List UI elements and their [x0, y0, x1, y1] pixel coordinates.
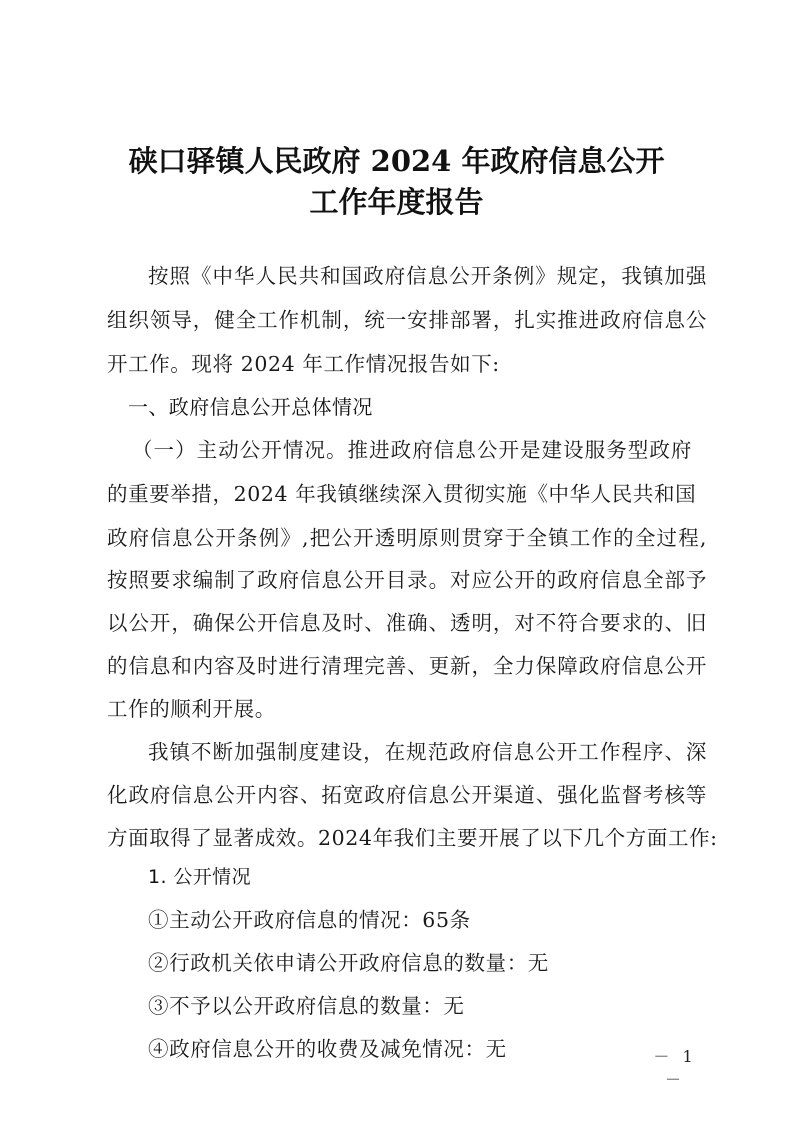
subsection-1-line-3: 政府信息公开条例》,把公开透明原则贯穿于全镇工作的全过程,: [107, 524, 707, 552]
intro-line-3: 开工作。现将 2024 年工作情况报告如下:: [107, 350, 707, 378]
item-1-heading: 1. 公开情况: [148, 863, 251, 891]
subsection-1-line-7: 工作的顺利开展。: [107, 695, 707, 723]
subsection-1-line-6: 的信息和内容及时进行清理完善、更新，全力保障政府信息公开: [107, 652, 707, 680]
intro-line-1: 按照《中华人民共和国政府信息公开条例》规定，我镇加强: [148, 262, 707, 290]
list-item-1: ①主动公开政府信息的情况：65条: [148, 906, 748, 934]
section-heading-overview: 一、政府信息公开总体情况: [128, 393, 373, 421]
document-page: 硖口驿镇人民政府 2024 年政府信息公开 工作年度报告 按照《中华人民共和国政…: [0, 0, 793, 1122]
subsection-1-line-5: 以公开，确保公开信息及时、准确、透明，对不符合要求的、旧: [107, 609, 707, 637]
paragraph-2-line-2: 化政府信息公开内容、拓宽政府信息公开渠道、强化监督考核等: [107, 781, 707, 809]
page-number: － 1 －: [640, 1044, 710, 1090]
paragraph-2-line-3: 方面取得了显著成效。2024年我们主要开展了以下几个方面工作:: [107, 824, 707, 852]
paragraph-2-line-1: 我镇不断加强制度建设，在规范政府信息公开工作程序、深: [148, 738, 707, 766]
intro-line-2: 组织领导，健全工作机制，统一安排部署，扎实推进政府信息公: [107, 306, 707, 334]
list-item-3: ③不予以公开政府信息的数量：无: [148, 992, 748, 1020]
document-title-line-1: 硖口驿镇人民政府 2024 年政府信息公开: [0, 141, 793, 181]
subsection-1-line-1: （一）主动公开情况。推进政府信息公开是建设服务型政府: [132, 436, 692, 464]
subsection-1-line-4: 按照要求编制了政府信息公开目录。对应公开的政府信息全部予: [107, 566, 707, 594]
document-title-line-2: 工作年度报告: [0, 182, 793, 222]
list-item-2: ②行政机关依申请公开政府信息的数量：无: [148, 949, 748, 977]
subsection-1-line-2: 的重要举措，2024 年我镇继续深入贯彻实施《中华人民共和国: [107, 480, 691, 508]
